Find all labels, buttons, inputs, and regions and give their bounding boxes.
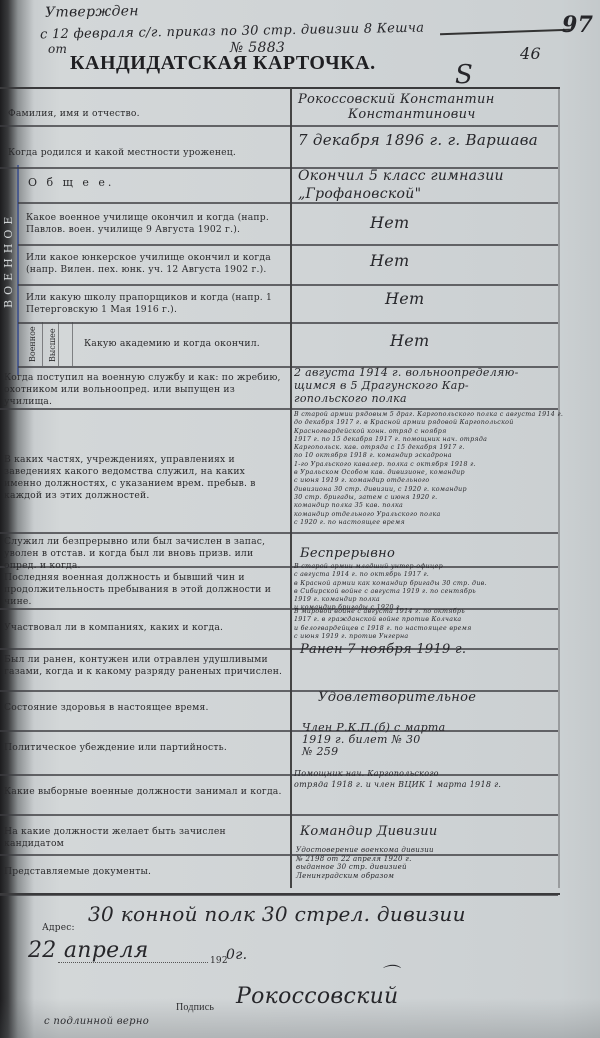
- date-day-month: 22 апреля: [28, 938, 149, 963]
- document-title: КАНДИДАТСКАЯ КАРТОЧКА.: [70, 52, 376, 75]
- answer-line: № 2198 от 22 апреля 1920 г.: [296, 855, 434, 864]
- field-label-general: О б щ е е.: [28, 177, 306, 189]
- answer-line: командир отдельного Уральского полка: [294, 511, 563, 519]
- header-underline: [440, 29, 570, 36]
- field-label-desired: На какие должности желает быть зачислен …: [4, 826, 282, 850]
- answer-line: в Уральском Особом кав. дивизионе, коман…: [294, 469, 563, 477]
- marginal-note: с подлинной верно: [44, 1016, 149, 1027]
- answer-line: Красногвардейской конн. отряд с ноября: [294, 428, 563, 436]
- field-label-wounds: Был ли ранен, контужен или отравлен удуш…: [4, 654, 284, 678]
- field-answer-enlistment: 2 августа 1914 г. вольноопределяю-щимся …: [294, 366, 519, 405]
- title-rule: [0, 87, 560, 89]
- answer-line: выданное 30 стр. дивизией: [296, 863, 434, 872]
- answer-line: Удовлетворительное: [318, 690, 476, 705]
- answer-line: Рокоссовский Константин: [298, 92, 495, 107]
- row-separator: [0, 125, 558, 127]
- answer-line: 1917 г. по 15 декабря 1917 г. помощник н…: [294, 436, 563, 444]
- answer-line: 7 декабря 1896 г. г. Варшава: [298, 131, 538, 149]
- field-answer-campaigns: В мировой войне с августа 1914 г. по окт…: [294, 608, 472, 641]
- field-label-military-school: Какое военное училище окончил и когда (н…: [26, 212, 281, 236]
- answer-line: Нет: [385, 290, 425, 308]
- answer-line: Нет: [390, 332, 430, 350]
- answer-line: 1919 г. командир полка: [294, 596, 487, 604]
- answer-line: № 259: [302, 746, 446, 758]
- date-dotted-line: [58, 962, 208, 963]
- field-label-academy: Какую академию и когда окончил.: [84, 338, 362, 350]
- answer-line: Константинович: [298, 107, 495, 122]
- answer-line: дивизиона 30 стр. дивизии, с 1920 г. ком…: [294, 486, 563, 494]
- row-separator: [0, 532, 558, 534]
- signature-label: Подпись: [176, 1002, 214, 1014]
- row-separator: [18, 244, 558, 246]
- row-separator: [0, 408, 558, 410]
- answer-line: с августа 1914 г. по октябрь 1917 г.: [294, 571, 487, 579]
- footer-rule: [0, 893, 560, 895]
- answer-line: Ленинградским образом: [296, 872, 434, 881]
- field-label-birth: Когда родился и какой местности уроженец…: [8, 147, 286, 159]
- field-label-service: В каких частях, учреждениях, управлениях…: [4, 454, 284, 502]
- answer-line: отряда 1918 г. и член ВЦИК 1 марта 1918 …: [294, 779, 501, 790]
- answer-line: по 10 октября 1918 г. командир эскадрона: [294, 452, 563, 460]
- answer-line: В старой армии младший унтер-офицер: [294, 563, 487, 571]
- field-answer-service: В старой армии рядовым 5 драг. Каргополь…: [294, 411, 563, 527]
- column-divider: [290, 88, 292, 888]
- answer-line: с июня 1919 г. против Унгерна: [294, 633, 472, 641]
- field-answer-junker-school: Нет: [370, 252, 410, 270]
- field-label-politics: Политическое убеждение или партийность.: [4, 742, 282, 754]
- answer-line: с июня 1919 г. командир отдельного: [294, 477, 563, 485]
- academy-sublabel: Военное: [28, 326, 37, 362]
- signature-value: Рокоссовский: [236, 984, 399, 1009]
- field-label-elected: Какие выборные военные должности занимал…: [4, 786, 282, 798]
- field-answer-ensign-school: Нет: [385, 290, 425, 308]
- archive-number-struck: 97: [562, 12, 593, 38]
- field-label-health: Состояние здоровья в настоящее время.: [4, 702, 282, 714]
- answer-line: командир полка 35 кав. полка: [294, 502, 563, 510]
- answer-line: Каргопольск. кав. отряда с 15 декабря 19…: [294, 444, 563, 452]
- answer-line: в Красной армии как командир бригады 30 …: [294, 580, 487, 588]
- academy-sublabel: Высшее: [48, 326, 57, 362]
- address-label: Адрес:: [42, 922, 75, 934]
- date-year-suffix: 0г.: [226, 947, 247, 963]
- row-separator: [18, 322, 558, 324]
- signature-flourish: ⌒: [380, 960, 398, 986]
- answer-line: Помощник нач. Каргопольского: [294, 768, 501, 779]
- answer-line: Ранен 7 ноября 1919 г.: [300, 642, 466, 657]
- field-label-last-position: Последняя военная должность и бывший чин…: [4, 572, 284, 608]
- field-answer-health: Удовлетворительное: [318, 690, 476, 705]
- field-label-name: Фамилия, имя и отчество.: [8, 108, 286, 120]
- field-answer-academy: Нет: [390, 332, 430, 350]
- field-answer-general: Окончил 5 класс гимназии„Грофановской": [298, 167, 504, 203]
- field-label-junker-school: Или какое юнкерское училище окончил и ко…: [26, 252, 281, 276]
- row-separator: [0, 648, 558, 650]
- answer-line: с 1920 г. по настоящее время: [294, 519, 563, 527]
- field-label-ensign-school: Или какую школу прапорщиков и когда (нап…: [26, 292, 281, 316]
- field-answer-elected: Помощник нач. Каргопольскогоотряда 1918 …: [294, 768, 501, 790]
- field-answer-last-position: В старой армии младший унтер-офицерс авг…: [294, 563, 487, 613]
- field-answer-desired: Командир Дивизии: [300, 824, 438, 839]
- field-label-enlistment: Когда поступил на военную службу и как: …: [4, 372, 284, 408]
- header-note-ot: от: [48, 42, 67, 56]
- row-separator: [0, 814, 558, 816]
- answer-line: 2 августа 1914 г. вольноопределяю-: [294, 366, 519, 379]
- answer-line: щимся в 5 Драгунского Кар-: [294, 379, 519, 392]
- academy-subcolumn-divider: [58, 322, 59, 366]
- answer-line: 1-го Уральского кавалер. полка с октября…: [294, 461, 563, 469]
- field-answer-documents: Удостоверение военкома дивизии№ 2198 от …: [296, 846, 434, 880]
- answer-line: „Грофановской": [298, 185, 504, 203]
- field-answer-birth: 7 декабря 1896 г. г. Варшава: [298, 131, 538, 149]
- answer-line: 30 стр. бригады, затем с июня 1920 г.: [294, 494, 563, 502]
- answer-line: Нет: [370, 252, 410, 270]
- candidate-card-page: Утвержден с 12 февраля с/г. приказ по 30…: [0, 0, 600, 1038]
- answer-line: до декабря 1917 г. в Красной армии рядов…: [294, 419, 563, 427]
- answer-line: 1917 г. в гражданской войне против Колча…: [294, 616, 472, 624]
- field-answer-wounds: Ранен 7 ноября 1919 г.: [300, 642, 466, 657]
- row-separator: [18, 284, 558, 286]
- field-answer-name: Рокоссовский КонстантинКонстантинович: [298, 92, 495, 122]
- answer-line: Беспрерывно: [300, 546, 395, 561]
- field-label-campaigns: Участвовал ли в компаниях, каких и когда…: [4, 622, 284, 634]
- section-bracket-line: [17, 165, 19, 375]
- archive-number: 46: [520, 44, 541, 63]
- row-separator: [0, 730, 558, 732]
- handwritten-flourish: S: [455, 60, 473, 90]
- answer-line: Нет: [370, 214, 410, 232]
- academy-subcolumn-divider: [42, 322, 43, 366]
- answer-line: гопольского полка: [294, 392, 519, 405]
- field-answer-politics: Член Р.К.П.(б) с марта1919 г. билет № 30…: [302, 722, 446, 758]
- answer-line: В старой армии рядовым 5 драг. Каргополь…: [294, 411, 563, 419]
- answer-line: и белогвардейцев с 1918 г. по настоящее …: [294, 625, 472, 633]
- answer-line: в Сибирской войне с августа 1919 г. по с…: [294, 588, 487, 596]
- field-label-continuity: Служил ли безпрерывно или был зачислен в…: [4, 536, 284, 572]
- answer-line: Удостоверение военкома дивизии: [296, 846, 434, 855]
- field-answer-military-school: Нет: [370, 214, 410, 232]
- row-separator: [0, 854, 558, 856]
- answer-line: Окончил 5 класс гимназии: [298, 167, 504, 185]
- field-label-documents: Представляемые документы.: [4, 866, 282, 878]
- field-answer-continuity: Беспрерывно: [300, 546, 395, 561]
- address-value: 30 конной полк 30 стрел. дивизии: [88, 902, 466, 926]
- header-note-approved: Утвержден: [45, 3, 139, 21]
- academy-subcolumn-divider: [72, 322, 73, 366]
- answer-line: Командир Дивизии: [300, 824, 438, 839]
- answer-line: В мировой войне с августа 1914 г. по окт…: [294, 608, 472, 616]
